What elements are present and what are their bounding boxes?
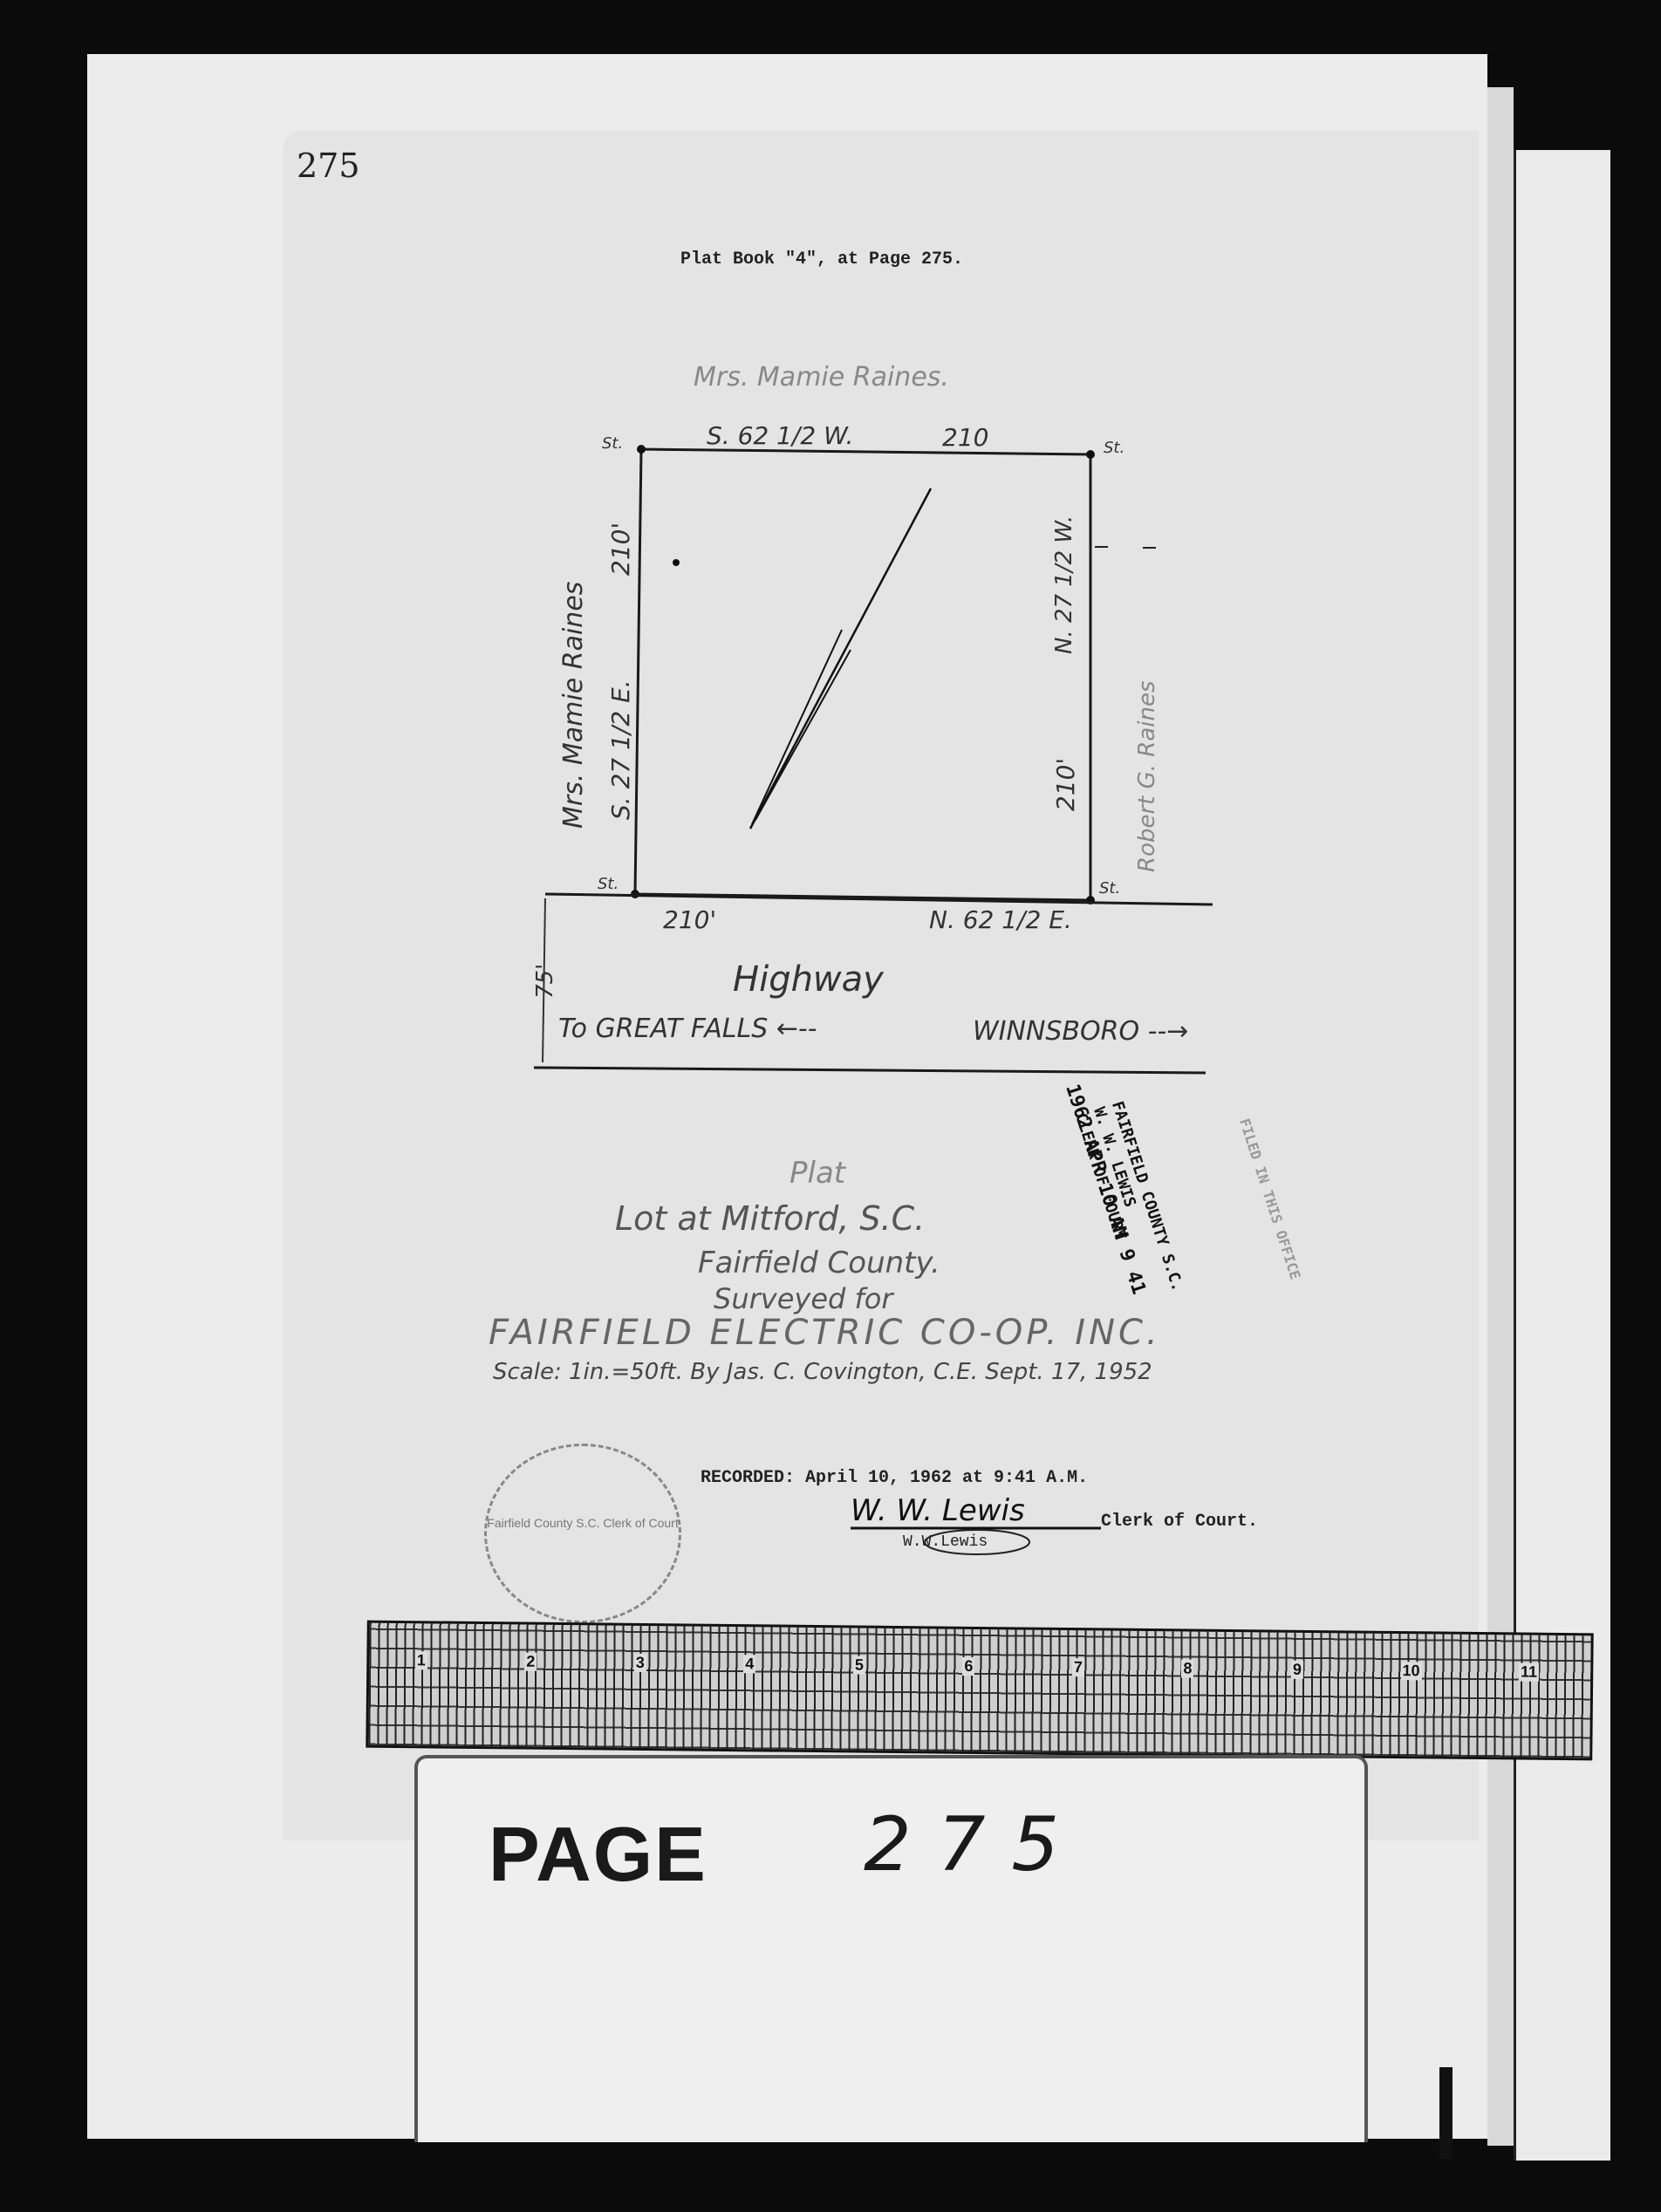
east-adjoiner: Robert G. Raines [1134, 680, 1160, 872]
west-bearing: S. 27 1/2 E. [606, 679, 635, 820]
recorded-line: RECORDED: April 10, 1962 at 9:41 A.M. [701, 1468, 1088, 1488]
ruler-mark: 4 [743, 1655, 755, 1673]
ruler-mark: 9 [1291, 1661, 1303, 1679]
page-number-handwritten: 275 [864, 1801, 1085, 1888]
county-seal: Fairfield County S.C. Clerk of Court [484, 1444, 681, 1623]
page-label: PAGE [489, 1810, 707, 1899]
corner-sw: St. [598, 875, 619, 893]
clerk-role: Clerk of Court. [1101, 1512, 1258, 1532]
ruler-mark: 3 [634, 1654, 646, 1672]
ruler-mark: 6 [962, 1657, 974, 1676]
ruler-mark: 7 [1072, 1658, 1084, 1676]
title-line-5: FAIRFIELD ELECTRIC CO-OP. INC. [489, 1313, 1161, 1353]
road-width: 75' [532, 964, 558, 999]
road-name: Highway [733, 959, 884, 1000]
north-distance: 210 [942, 423, 988, 452]
east-bearing: N. 27 1/2 W. [1051, 515, 1077, 654]
road-direction-right: WINNSBORO --→ [973, 1016, 1188, 1047]
south-bearing: N. 62 1/2 E. [929, 905, 1072, 934]
west-adjoiner: Mrs. Mamie Raines [558, 582, 589, 829]
clerk-typed-name: W.W.Lewis [903, 1533, 988, 1551]
east-distance: 210' [1051, 758, 1080, 811]
ruler-mark: 1 [415, 1651, 427, 1669]
title-line-3: Fairfield County. [698, 1246, 940, 1280]
ruler-mark: 10 [1400, 1662, 1421, 1680]
seal-text: Fairfield County S.C. Clerk of Court [487, 1446, 679, 1530]
clerk-signature: W. W. Lewis [851, 1493, 1025, 1528]
corner-ne: St. [1104, 439, 1124, 457]
page-gap [1439, 2067, 1453, 2159]
ruler-mark: 11 [1519, 1663, 1539, 1682]
title-line-4: Surveyed for [714, 1282, 892, 1315]
road-direction-left: To GREAT FALLS ←-- [558, 1014, 817, 1044]
title-line-6: Scale: 1in.=50ft. By Jas. C. Covington, … [493, 1359, 1152, 1385]
south-distance: 210' [663, 905, 716, 934]
ruler-mark: 2 [524, 1653, 537, 1671]
corner-se: St. [1099, 879, 1120, 898]
title-line-1: Plat [789, 1156, 845, 1191]
north-bearing: S. 62 1/2 W. [707, 421, 853, 450]
ruler-mark: 5 [853, 1656, 865, 1675]
west-distance: 210' [606, 522, 635, 576]
ruler-mark: 8 [1181, 1659, 1193, 1677]
north-adjoiner: Mrs. Mamie Raines. [694, 362, 949, 393]
measuring-ruler [366, 1621, 1593, 1761]
title-line-2: Lot at Mitford, S.C. [615, 1199, 925, 1238]
corner-nw: St. [602, 434, 623, 453]
